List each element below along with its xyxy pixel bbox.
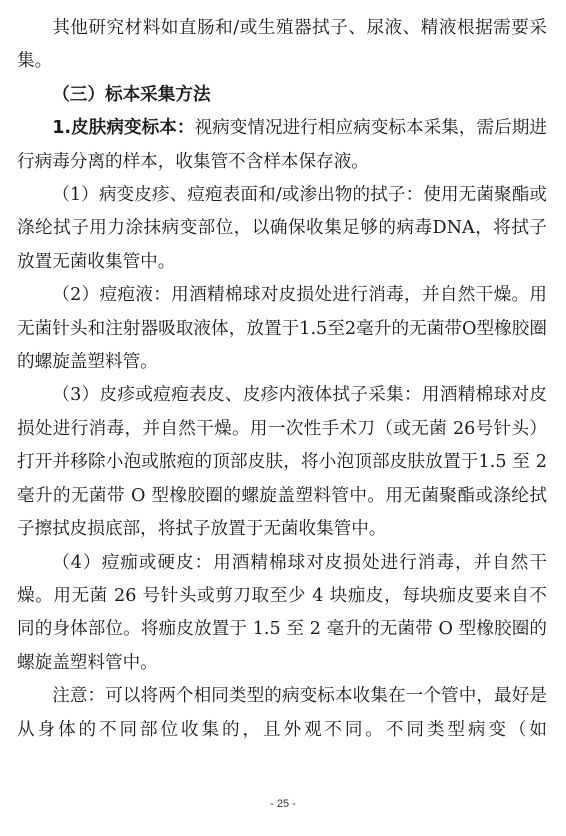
paragraph-skin-lesion: 1.皮肤病变标本：视病变情况进行相应病变标本采集，需后期进行病毒分离的样本，收集… [17, 112, 547, 179]
paragraph-item-1: （1）病变皮疹、痘疱表面和/或渗出物的拭子：使用无菌聚酯或涤纶拭子用力涂抹病变部… [17, 179, 547, 279]
paragraph-item-2: （2）痘疱液：用酒精棉球对皮损处进行消毒，并自然干燥。用无菌针头和注射器吸取液体… [17, 279, 547, 379]
paragraph-text: 其他研究材料如直肠和/或生殖器拭子、尿液、精液根据需要采集。 [17, 18, 547, 71]
paragraph-text: （3）皮疹或痘疱表皮、皮疹内液体拭子采集：用酒精棉球对皮损处进行消毒，并自然干燥… [17, 385, 547, 539]
paragraph-note: 注意：可以将两个相同类型的病变标本收集在一个管中，最好是从身体的不同部位收集的，… [17, 680, 547, 747]
subheading-bold: 1.皮肤病变标本： [52, 118, 194, 138]
section-heading: （三）标本采集方法 [17, 79, 547, 112]
page-number: - 25 - [0, 798, 566, 810]
document-page: 其他研究材料如直肠和/或生殖器拭子、尿液、精液根据需要采集。 （三）标本采集方法… [17, 12, 547, 747]
paragraph-other-materials: 其他研究材料如直肠和/或生殖器拭子、尿液、精液根据需要采集。 [17, 12, 547, 79]
paragraph-text: （1）病变皮疹、痘疱表面和/或渗出物的拭子：使用无菌聚酯或涤纶拭子用力涂抹病变部… [17, 185, 547, 272]
paragraph-item-3: （3）皮疹或痘疱表皮、皮疹内液体拭子采集：用酒精棉球对皮损处进行消毒，并自然干燥… [17, 379, 547, 546]
paragraph-text: （2）痘疱液：用酒精棉球对皮损处进行消毒，并自然干燥。用无菌针头和注射器吸取液体… [17, 285, 547, 372]
paragraph-text: 注意：可以将两个相同类型的病变标本收集在一个管中，最好是从身体的不同部位收集的，… [17, 686, 547, 739]
section-heading-text: （三）标本采集方法 [52, 85, 210, 105]
paragraph-item-4: （4）痘痂或硬皮：用酒精棉球对皮损处进行消毒，并自然干燥。用无菌 26 号针头或… [17, 547, 547, 681]
paragraph-text: （4）痘痂或硬皮：用酒精棉球对皮损处进行消毒，并自然干燥。用无菌 26 号针头或… [17, 553, 547, 673]
